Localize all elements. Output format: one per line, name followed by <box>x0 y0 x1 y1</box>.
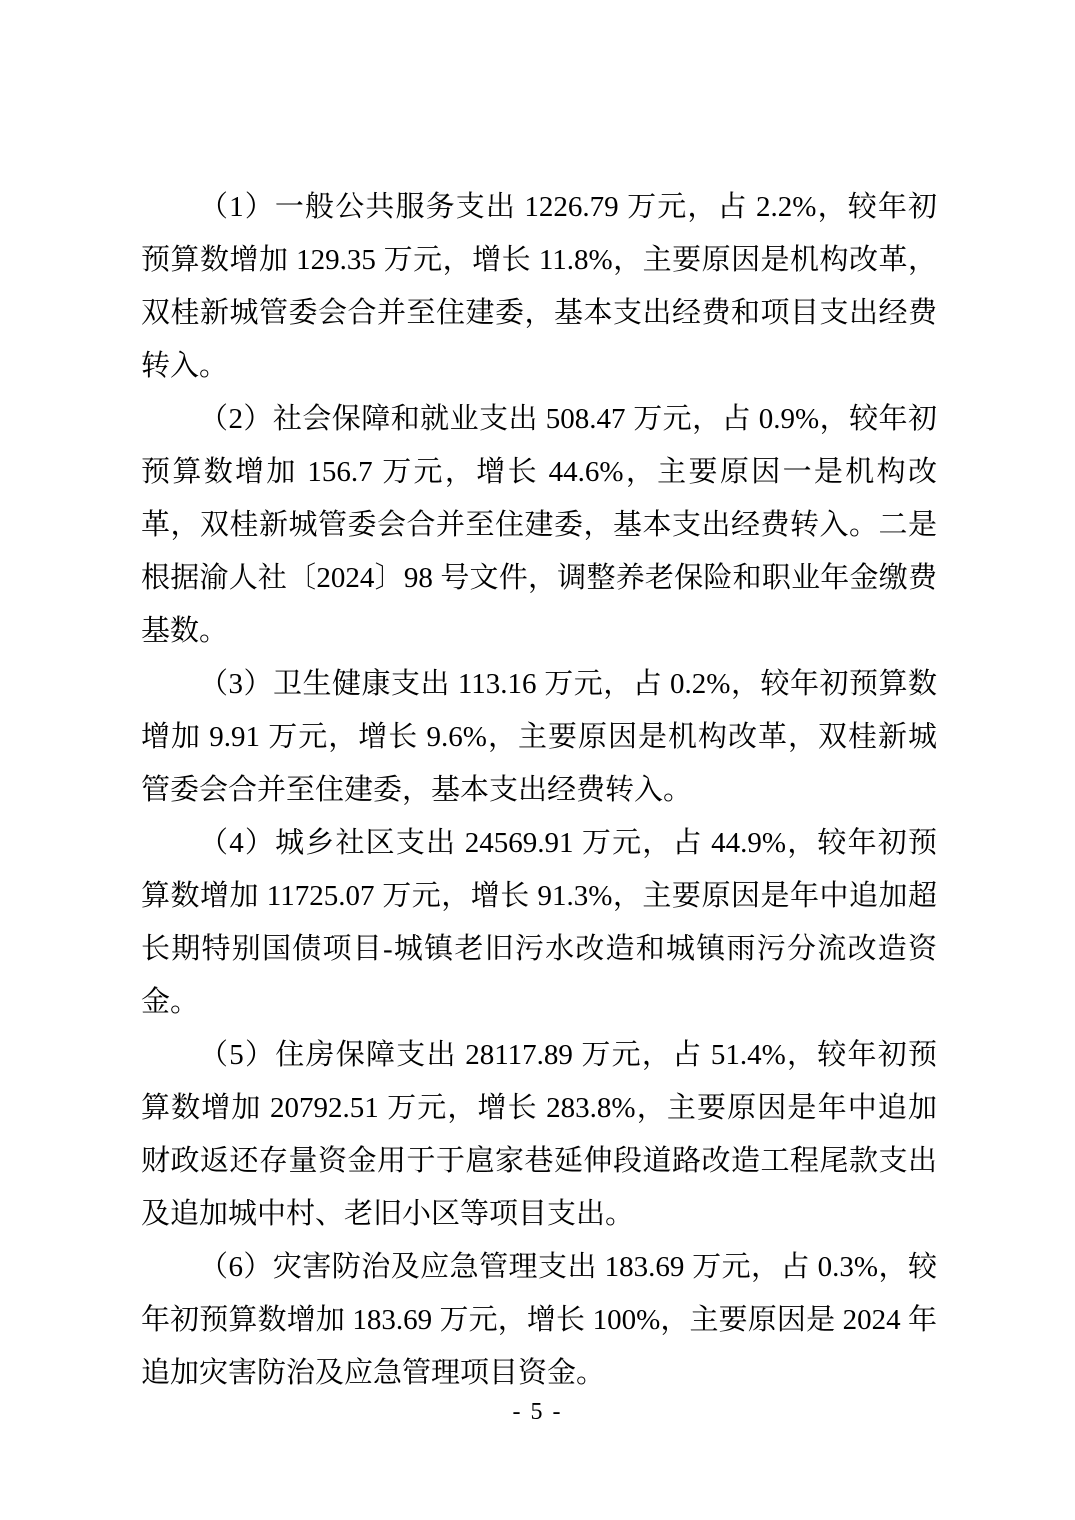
paragraph-item-3: （3）卫生健康支出 113.16 万元，占 0.2%，较年初预算数增加 9.91… <box>141 658 937 817</box>
paragraph-item-2: （2）社会保障和就业支出 508.47 万元，占 0.9%，较年初预算数增加 1… <box>141 393 937 658</box>
paragraph-item-5: （5）住房保障支出 28117.89 万元，占 51.4%，较年初预算数增加 2… <box>141 1029 937 1241</box>
document-page: （1）一般公共服务支出 1226.79 万元，占 2.2%，较年初预算数增加 1… <box>0 0 1075 1520</box>
paragraph-item-4: （4）城乡社区支出 24569.91 万元，占 44.9%，较年初预算数增加 1… <box>141 817 937 1029</box>
page-number: - 5 - <box>0 1396 1075 1428</box>
paragraph-item-6: （6）灾害防治及应急管理支出 183.69 万元，占 0.3%，较年初预算数增加… <box>141 1241 937 1400</box>
paragraph-item-1: （1）一般公共服务支出 1226.79 万元，占 2.2%，较年初预算数增加 1… <box>141 181 937 393</box>
document-body: （1）一般公共服务支出 1226.79 万元，占 2.2%，较年初预算数增加 1… <box>141 181 937 1400</box>
